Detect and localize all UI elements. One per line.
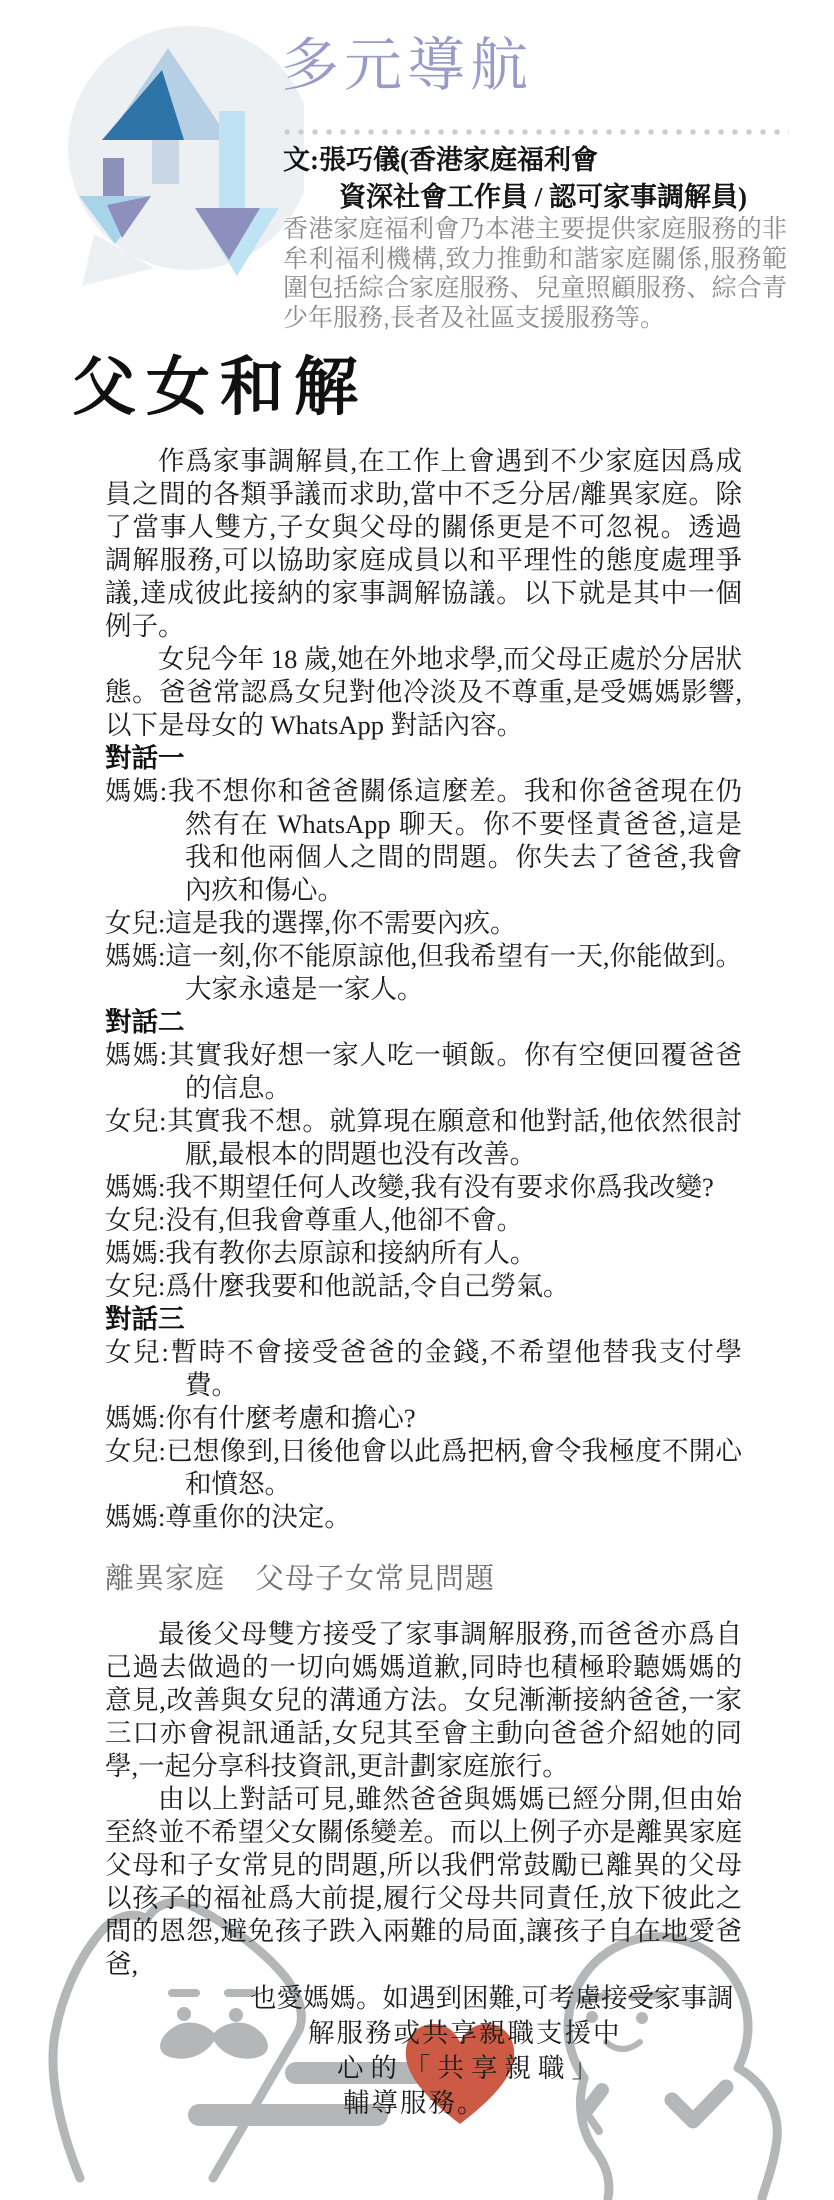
- dialog-section-1: 對話一 媽媽:我不想你和爸爸關係這麼差。我和你爸爸現在仍然有在 WhatsApp…: [105, 742, 742, 1006]
- speech-text: 這是我的選擇,你不需要內疚。: [165, 908, 516, 938]
- organization-intro: 香港家庭福利會乃本港主要提供家庭服務的非牟利福利機構,致力推動和諧家庭關係,服務…: [283, 215, 787, 333]
- speaker-label: 媽媽:: [105, 1238, 165, 1268]
- article-title: 父女和解: [72, 351, 368, 425]
- speaker-label: 女兒:: [105, 1271, 165, 1301]
- dialog-heading-1: 對話一: [105, 742, 742, 775]
- speech-text: 我不期望任何人改變,我有没有要求你爲我改變?: [165, 1172, 713, 1202]
- speech-text: 這一刻,你不能原諒他,但我希望有一天,你能做到。大家永遠是一家人。: [165, 941, 742, 1004]
- dialog-line: 女兒:暫時不會接受爸爸的金錢,不希望他替我支付學費。: [105, 1336, 742, 1402]
- dialog-line: 媽媽:我不想你和爸爸關係這麼差。我和你爸爸現在仍然有在 WhatsApp 聊天。…: [105, 775, 742, 907]
- speaker-label: 媽媽:: [105, 1502, 165, 1532]
- speech-text: 其實我好想一家人吃一頓飯。你有空便回覆爸爸的信息。: [167, 1040, 742, 1103]
- article-page: 多元導航 文:張巧儀(香港家庭福利會 資深社會工作員 / 認可家事調解員) 香港…: [0, 0, 834, 2200]
- wrap-line-4: 輔導服務。: [343, 2086, 742, 2121]
- speaker-label: 媽媽:: [105, 1040, 167, 1070]
- dialog-section-3: 對話三 女兒:暫時不會接受爸爸的金錢,不希望他替我支付學費。 媽媽:你有什麼考慮…: [105, 1303, 742, 1534]
- dialog-line: 女兒:這是我的選擇,你不需要內疚。: [105, 907, 742, 940]
- section-subheading: 離異家庭 父母子女常見問題: [105, 1562, 742, 1596]
- byline-line1: 文:張巧儀(香港家庭福利會: [283, 142, 747, 179]
- dialog-line: 媽媽:尊重你的決定。: [105, 1501, 742, 1534]
- speech-text: 其實我不想。就算現在願意和他對話,他依然很討厭,最根本的問題也没有改善。: [167, 1106, 743, 1169]
- updown-arrows-logo: [32, 8, 304, 304]
- dialog-line: 媽媽:我不期望任何人改變,我有没有要求你爲我改變?: [105, 1171, 742, 1204]
- speaker-label: 女兒:: [105, 1205, 165, 1235]
- speech-text: 没有,但我會尊重人,他卻不會。: [165, 1205, 523, 1235]
- dialog-line: 女兒:爲什麼我要和他説話,令自己勞氣。: [105, 1270, 742, 1303]
- dialog-line: 媽媽:這一刻,你不能原諒他,但我希望有一天,你能做到。大家永遠是一家人。: [105, 940, 742, 1006]
- speech-text: 暫時不會接受爸爸的金錢,不希望他替我支付學費。: [169, 1337, 742, 1400]
- wrap-line-1: 也愛媽媽。如遇到困難,可考慮接受家事調: [250, 1981, 742, 2016]
- speech-text: 已想像到,日後他會以此爲把柄,會令我極度不開心和憤怒。: [166, 1436, 742, 1499]
- dialog-heading-3: 對話三: [105, 1303, 742, 1336]
- article-body: 作爲家事調解員,在工作上會遇到不少家庭因爲成員之間的各類爭議而求助,當中不乏分居…: [105, 445, 742, 2121]
- dialog-section-2: 對話二 媽媽:其實我好想一家人吃一頓飯。你有空便回覆爸爸的信息。 女兒:其實我不…: [105, 1006, 742, 1303]
- byline-line2: 資深社會工作員 / 認可家事調解員): [283, 179, 747, 216]
- wrap-line-2: 解服務或共享親職支援中: [308, 2016, 742, 2051]
- speaker-label: 媽媽:: [105, 1172, 165, 1202]
- dialog-line: 女兒:其實我不想。就算現在願意和他對話,他依然很討厭,最根本的問題也没有改善。: [105, 1105, 742, 1171]
- wrapped-closing-lines: 也愛媽媽。如遇到困難,可考慮接受家事調 解服務或共享親職支援中 心的「共享親職」…: [105, 1981, 742, 2121]
- dialog-heading-2: 對話二: [105, 1006, 742, 1039]
- speech-text: 尊重你的決定。: [165, 1502, 351, 1532]
- paragraph-4: 由以上對話可見,雖然爸爸與媽媽已經分開,但由始至終並不希望父女關係變差。而以上例…: [105, 1783, 742, 1981]
- speaker-label: 女兒:: [105, 1436, 166, 1466]
- paragraph-1: 作爲家事調解員,在工作上會遇到不少家庭因爲成員之間的各類爭議而求助,當中不乏分居…: [105, 445, 742, 643]
- wrap-line-3: 心的「共享親職」: [337, 2051, 742, 2086]
- dialog-line: 女兒:已想像到,日後他會以此爲把柄,會令我極度不開心和憤怒。: [105, 1435, 742, 1501]
- speech-text: 我不想你和爸爸關係這麼差。我和你爸爸現在仍然有在 WhatsApp 聊天。你不要…: [167, 776, 742, 905]
- speaker-label: 媽媽:: [105, 776, 167, 806]
- speaker-label: 女兒:: [105, 1106, 167, 1136]
- speech-text: 你有什麼考慮和擔心?: [165, 1403, 415, 1433]
- speaker-label: 女兒:: [105, 1337, 169, 1367]
- dialog-line: 女兒:没有,但我會尊重人,他卻不會。: [105, 1204, 742, 1237]
- paragraph-3: 最後父母雙方接受了家事調解服務,而爸爸亦爲自己過去做過的一切向媽媽道歉,同時也積…: [105, 1618, 742, 1783]
- speech-text: 我有教你去原諒和接納所有人。: [165, 1238, 536, 1268]
- speaker-label: 媽媽:: [105, 941, 165, 971]
- speaker-label: 媽媽:: [105, 1403, 165, 1433]
- column-title: 多元導航: [281, 30, 533, 102]
- speaker-label: 女兒:: [105, 908, 165, 938]
- byline: 文:張巧儀(香港家庭福利會 資深社會工作員 / 認可家事調解員): [283, 142, 747, 216]
- paragraph-2: 女兒今年 18 歲,她在外地求學,而父母正處於分居狀態。爸爸常認爲女兒對他冷淡及…: [105, 643, 742, 742]
- speech-blob: [68, 26, 304, 286]
- speech-text: 爲什麼我要和他説話,令自己勞氣。: [165, 1271, 569, 1301]
- dialog-line: 媽媽:你有什麼考慮和擔心?: [105, 1402, 742, 1435]
- dotted-divider: [283, 128, 789, 136]
- dialog-line: 媽媽:其實我好想一家人吃一頓飯。你有空便回覆爸爸的信息。: [105, 1039, 742, 1105]
- dialog-line: 媽媽:我有教你去原諒和接納所有人。: [105, 1237, 742, 1270]
